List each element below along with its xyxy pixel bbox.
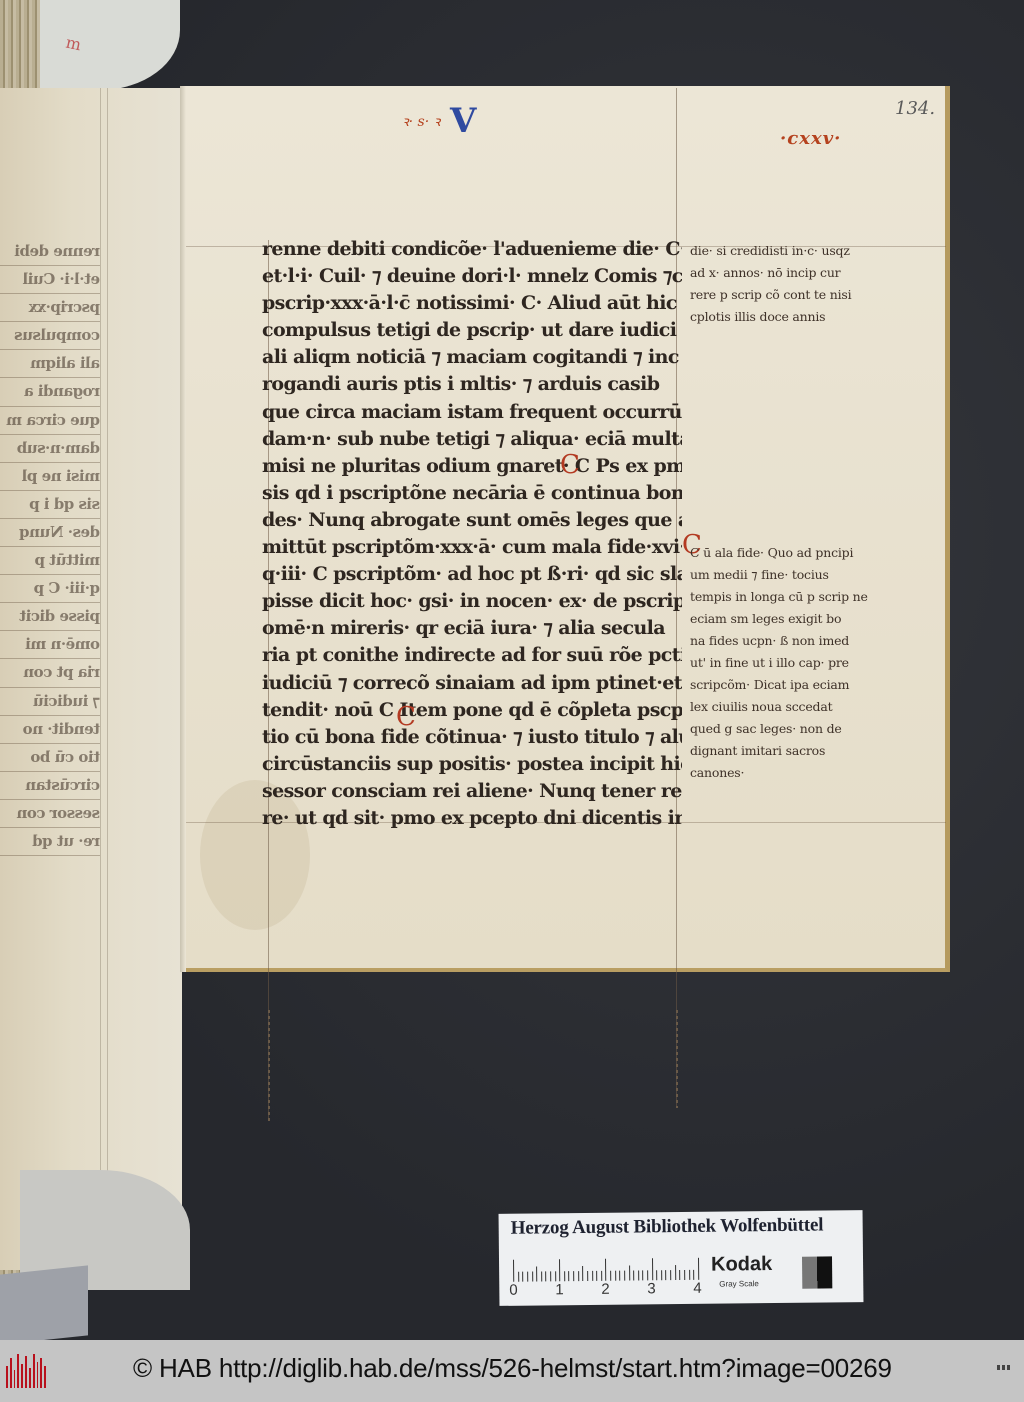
gray-scale-patch (802, 1256, 832, 1288)
running-head: ꝛ· s· ꝛ (402, 112, 440, 131)
gloss-line: scripcõm· Dicat ipa eciam (690, 674, 870, 696)
gloss-line: ut' in fine ut i illo cap· pre (690, 652, 870, 674)
gloss-line: C ū ala fide· Quo ad pncipi (690, 542, 870, 564)
pricking-mark (676, 1010, 678, 1108)
verso-page: renne debi et·l·i· Cuil pscrip·xx compul… (0, 88, 182, 1270)
gloss-line: lex ciuilis noua sccedat (690, 696, 870, 718)
marginal-gloss-top: die· si credidisti in·c· usqz ad x· anno… (690, 240, 870, 328)
ruler-label: 0 (509, 1282, 518, 1299)
verso-line: iudiciū ⁊ (0, 688, 100, 716)
main-text-column: renne debiti condicõe· l'aduenieme die· … (262, 236, 682, 832)
library-name: Herzog August Bibliothek Wolfenbüttel (511, 1215, 824, 1240)
text-line: q·iii· C pscriptõm· ad hoc pt ß·ri· qd s… (262, 561, 682, 588)
copyright-link[interactable]: © HAB http://diglib.hab.de/mss/526-helms… (133, 1353, 892, 1384)
ruler-label: 1 (555, 1281, 564, 1298)
text-line: rogandi auris ptis i mltis· ⁊ arduis cas… (262, 371, 682, 398)
verso-line: pscrip·xx (0, 294, 100, 322)
verso-line: que circa m (0, 407, 100, 435)
verso-line: ria pt con (0, 659, 100, 687)
text-line: mittūt pscriptõm·xxx·ā· cum mala fide·xv… (262, 534, 682, 561)
text-line: misi ne pluritas odium gnaret· C Ps ex p… (262, 453, 682, 480)
page-gutter (180, 86, 186, 972)
verso-line: ali aliqm (0, 350, 100, 378)
scale-ruler (513, 1258, 699, 1282)
text-line: iudiciū ⁊ correcõ sinaiam ad ipm ptinet·… (262, 670, 682, 697)
running-head-initial: V (450, 104, 476, 138)
ruler-label: 4 (693, 1280, 702, 1297)
verso-line: omē·n mi (0, 631, 100, 659)
text-line: tendit· noū C Item pone qd ē cõpleta psc… (262, 697, 682, 724)
verso-line: re· ut qd (0, 828, 100, 856)
folio-number: 134. (895, 98, 935, 119)
gloss-line: canones· (690, 762, 870, 784)
verso-line: pisse dicit (0, 603, 100, 631)
text-line: dam·n· sub nube tetigi ⁊ aliqua· eciā mu… (262, 426, 682, 453)
verso-line: q·iii· C p (0, 575, 100, 603)
gloss-line: rere p scrip cõ cont te nisi (690, 284, 870, 306)
rubric-paragraph-mark: C (560, 450, 580, 480)
gloss-line: dignant imitari sacros (690, 740, 870, 762)
ruler-label: 2 (601, 1281, 610, 1298)
pricking-mark (268, 1010, 270, 1122)
gloss-line: tempis in longa cū p scrip ne (690, 586, 870, 608)
text-line: tio cū bona fide cõtinua· ⁊ iusto titulo… (262, 724, 682, 751)
hab-barcode-logo-icon[interactable] (6, 1352, 46, 1388)
verso-line: sessor con (0, 800, 100, 828)
text-line: pisse dicit hoc· gsi· in nocen· ex· de p… (262, 588, 682, 615)
verso-line: sis qd i p (0, 491, 100, 519)
verso-line: renne debi (0, 238, 100, 266)
footer-bar: © HAB http://diglib.hab.de/mss/526-helms… (0, 1340, 1024, 1402)
verso-line: misi ne pl (0, 463, 100, 491)
ruler-label: 3 (647, 1280, 656, 1297)
verso-line: dam·n·sub (0, 435, 100, 463)
verso-line: compulsus (0, 322, 100, 350)
text-line: pscrip·xxx·ā·l·c̄ notissimi· C· Aliud aū… (262, 290, 682, 317)
kodak-logo: Kodak (711, 1253, 772, 1277)
text-line: ali aliqm noticiā ⁊ maciam cogitandi ⁊ i… (262, 344, 682, 371)
verso-line: rogandi a (0, 378, 100, 406)
verso-line: tendit· no (0, 716, 100, 744)
verso-ruling-line (107, 88, 108, 1270)
verso-line: circūstan (0, 772, 100, 800)
gloss-line: qued g sac leges· non de (690, 718, 870, 740)
rubric-paragraph-mark: C (396, 702, 416, 732)
text-line: que circa maciam istam frequent occurrūt… (262, 399, 682, 426)
text-line: renne debiti condicõe· l'aduenieme die· … (262, 236, 682, 263)
marginal-gloss-bottom: C ū ala fide· Quo ad pncipi um medii ⁊ f… (690, 542, 870, 784)
gloss-line: eciam sm leges exigit bo (690, 608, 870, 630)
gloss-line: na fides ucpn· ß non imed (690, 630, 870, 652)
text-line: sis qd i pscriptõne necāria ē continua b… (262, 480, 682, 507)
page-navigation-icon[interactable] (997, 1365, 1010, 1370)
text-line: omē·n mireris· qr eciā iura· ⁊ alia secu… (262, 615, 682, 642)
verso-line: et·l·i· Cuil (0, 266, 100, 294)
verso-line: tio cū bo (0, 744, 100, 772)
text-line: des· Nunq abrogate sunt omēs leges que a… (262, 507, 682, 534)
verso-ruling-line (100, 88, 101, 1270)
color-target-card: Herzog August Bibliothek Wolfenbüttel (499, 1210, 864, 1306)
kodak-subtitle: Gray Scale (719, 1279, 759, 1288)
verso-line: des· Nunq (0, 519, 100, 547)
text-line: ria pt conithe indirecte ad for suū rõe … (262, 642, 682, 669)
verso-bleed-text: renne debi et·l·i· Cuil pscrip·xx compul… (0, 238, 100, 856)
text-line: et·l·i· Cuil· ⁊ deuine dori·l· mnelz Com… (262, 263, 682, 290)
verso-line: mittūt p (0, 547, 100, 575)
chapter-number: ·cxxv· (780, 128, 841, 149)
shelfmark-label-fragment (0, 1265, 88, 1344)
text-line: compulsus tetigi de pscrip· ut dare iudi… (262, 317, 682, 344)
gloss-line: um medii ⁊ fine· tocius (690, 564, 870, 586)
text-line: re· ut qd sit· pmo ex pcepto dni dicenti… (262, 805, 682, 832)
gloss-line: ad x· annos· nō incip cur (690, 262, 870, 284)
gloss-line: cplotis illis doce annis (690, 306, 870, 328)
text-line: sessor consciam rei aliene· Nunq tener r… (262, 778, 682, 805)
text-line: circūstanciis sup positis· postea incipi… (262, 751, 682, 778)
gloss-line: die· si credidisti in·c· usqz (690, 240, 870, 262)
